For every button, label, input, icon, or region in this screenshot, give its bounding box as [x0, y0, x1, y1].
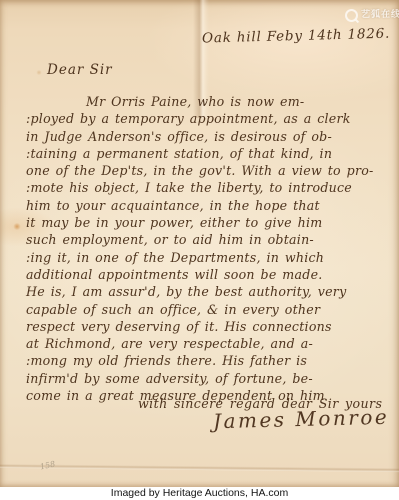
- letter-line: :ing it, in one of the Departments, in w…: [26, 249, 396, 266]
- paper-bottom-crease: [0, 464, 399, 472]
- letter-line: He is, I am assur'd, by the best authori…: [26, 283, 396, 300]
- magnifier-icon: [345, 9, 358, 22]
- letter-line: him to your acquaintance, in the hope th…: [26, 197, 396, 214]
- watermark: 艺狐在线: [345, 8, 399, 23]
- letter-line: infirm'd by some adversity, of fortune, …: [26, 370, 396, 387]
- letter-line: :taining a permanent station, of that ki…: [26, 145, 396, 162]
- letter-line: additional appointments will soon be mad…: [26, 266, 396, 283]
- letter-line: respect very deserving of it. His connec…: [26, 318, 396, 335]
- letter-line: capable of such an office, & in every ot…: [26, 301, 396, 318]
- footer-credit-text: Imaged by Heritage Auctions, HA.com: [111, 487, 288, 500]
- auction-photo: Oak hill Feby 14th 1826. Dear Sir Mr Orr…: [0, 0, 399, 500]
- watermark-label: 艺狐在线: [361, 8, 399, 23]
- letter-line: :mote his object, I take the liberty, to…: [26, 179, 396, 196]
- letter-salutation: Dear Sir: [47, 62, 113, 78]
- letter-signature: James Monroe: [213, 405, 390, 434]
- letter-dateline: Oak hill Feby 14th 1826.: [202, 25, 397, 46]
- letter-line: Mr Orris Paine, who is now em-: [26, 93, 396, 110]
- letter-line: :ployed by a temporary appointment, as a…: [26, 110, 396, 127]
- letter-paper: Oak hill Feby 14th 1826. Dear Sir Mr Orr…: [0, 0, 399, 487]
- footer-credit-strip: Imaged by Heritage Auctions, HA.com: [0, 487, 399, 500]
- letter-line: :mong my old friends there. His father i…: [26, 352, 396, 369]
- letter-line: it may be in your power, either to give …: [26, 214, 396, 231]
- pencil-inventory-note: 158: [39, 460, 56, 472]
- letter-line: in Judge Anderson's office, is desirous …: [26, 128, 396, 145]
- paper-stain: [36, 70, 42, 75]
- paper-stain: [13, 223, 21, 230]
- letter-body: Mr Orris Paine, who is now em- :ployed b…: [26, 93, 396, 404]
- letter-line: one of the Dep'ts, in the gov't. With a …: [26, 162, 396, 179]
- letter-line: at Richmond, are very respectable, and a…: [26, 335, 396, 352]
- letter-line: such employment, or to aid him in obtain…: [26, 231, 396, 248]
